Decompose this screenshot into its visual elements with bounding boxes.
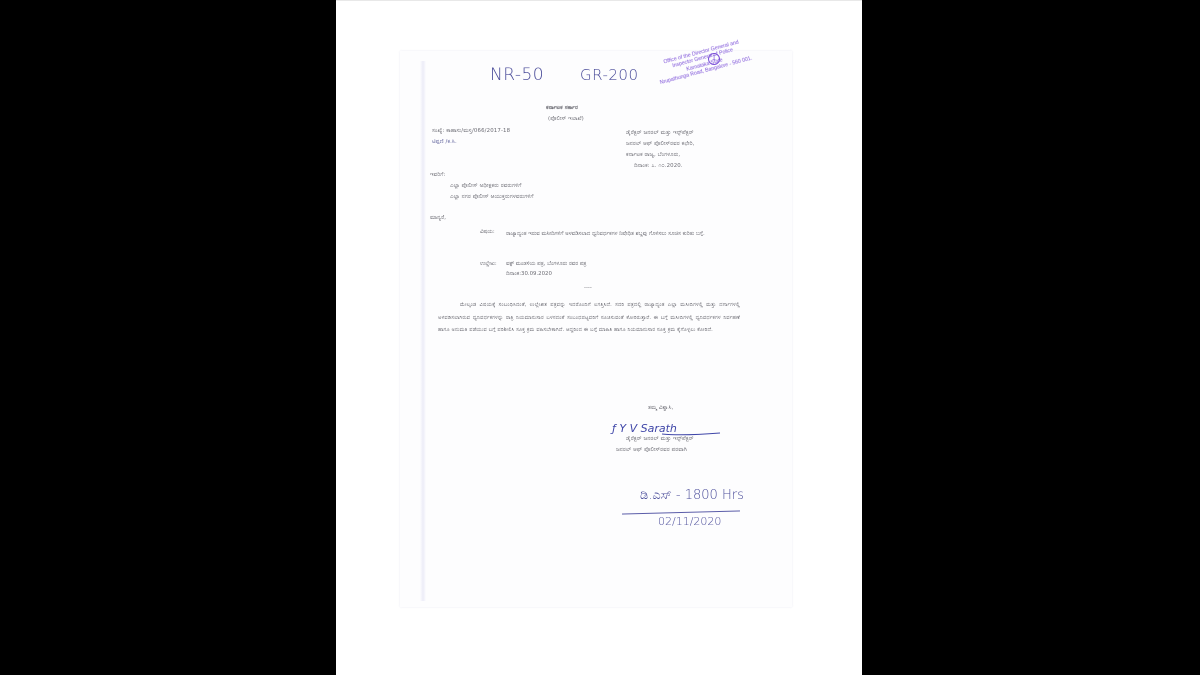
recipient-line-2: ಎಲ್ಲಾ ನಗರ ಪೊಲೀಸ್ ಆಯುಕ್ತರುಗಳವರುಗಳಿಗೆ	[450, 195, 534, 200]
reference-label: ಉಲ್ಲೇಖ:	[480, 261, 497, 268]
sender-line-3: ಕರ್ನಾಟಕ ರಾಜ್ಯ, ಬೆಂಗಳೂರು,	[626, 153, 680, 158]
subject-label: ವಿಷಯ:	[480, 229, 495, 236]
recipients-label: ಇವರಿಗೆ:	[430, 173, 446, 178]
office-stamp: Office of the Director General and Inspe…	[628, 30, 780, 94]
body-paragraph: ಮೇಲ್ಕಂಡ ವಿಷಯಕ್ಕೆ ಸಂಬಂಧಿಸಿದಂತೆ, ಉಲ್ಲೇಖಿತ …	[438, 299, 740, 337]
salutation: ಮಾನ್ಯರೆ,	[430, 216, 446, 221]
handwritten-code-nr: NR-50	[490, 65, 544, 85]
reference-subline: ಟಿಪ್ಪಣಿ /ಕ.ಸಿ.	[432, 140, 457, 145]
signatory-line-2: ಜನರಲ್ ಆಫ್ ಪೊಲೀಸ್‌ರವರ ಪರವಾಗಿ	[616, 448, 687, 453]
sender-line-2: ಜನರಲ್ ಆಫ್ ಪೊಲೀಸ್‌ರವರ ಕಛೇರಿ,	[626, 142, 695, 147]
closing: ತಮ್ಮ ವಿಶ್ವಾಸಿ,	[648, 406, 673, 411]
scan-margin-shadow	[420, 61, 426, 601]
signatory-line-1: ಡೈರೆಕ್ಟರ್ ಜನರಲ್ ಮತ್ತು ಇನ್ಸ್‌ಪೆಕ್ಟರ್	[626, 437, 694, 442]
sender-line-1: ಡೈರೆಕ್ಟರ್ ಜನರಲ್ ಮತ್ತು ಇನ್ಸ್‌ಪೆಕ್ಟರ್	[626, 131, 694, 136]
scanned-letter: NR-50 GR-200 1 Office of the Director Ge…	[400, 51, 792, 607]
recipient-line-1: ಎಲ್ಲಾ ಪೊಲೀಸ್ ಅಧೀಕ್ಷಕರು ರವರುಗಳಿಗೆ	[450, 184, 521, 189]
reference-text: ವಕ್ಫ್ ಮಂಡಳಿಯ ಪತ್ರ, ಬೆಂಗಳೂರು ರವರ ಪತ್ರ	[506, 261, 586, 268]
reference-date: ದಿನಾಂಕ:30.09.2020	[506, 271, 552, 278]
header-government: ಕರ್ನಾಟಕ ಸರ್ಕಾರ	[546, 106, 578, 111]
handwritten-time-note: ಡಿ.ಎಸ್ - 1800 Hrs	[640, 488, 744, 503]
document-page: NR-50 GR-200 1 Office of the Director Ge…	[336, 0, 862, 675]
separator: ----	[584, 285, 592, 291]
handwritten-date-note: 02/11/2020	[658, 515, 721, 528]
document-viewer: NR-50 GR-200 1 Office of the Director Ge…	[0, 0, 1200, 675]
reference-number: ಸಂಖ್ಯೆ: ಕಾಹಾಸು/ಮಸ್ತ/066/2017-18	[432, 129, 510, 134]
sender-date: ದಿನಾಂಕ: ೭. ೧೦.2020.	[634, 164, 683, 169]
header-department: (ಪೊಲೀಸ್ ಇಲಾಖೆ)	[548, 117, 584, 122]
subject-text: ರಾಜ್ಯಾದ್ಯಂತ ಇರುವ ಮಸೀದಿಗಳಿಗೆ ಅಳವಡಿಸಲಾದ ಧ್…	[506, 229, 716, 239]
handwritten-underline	[622, 510, 740, 514]
